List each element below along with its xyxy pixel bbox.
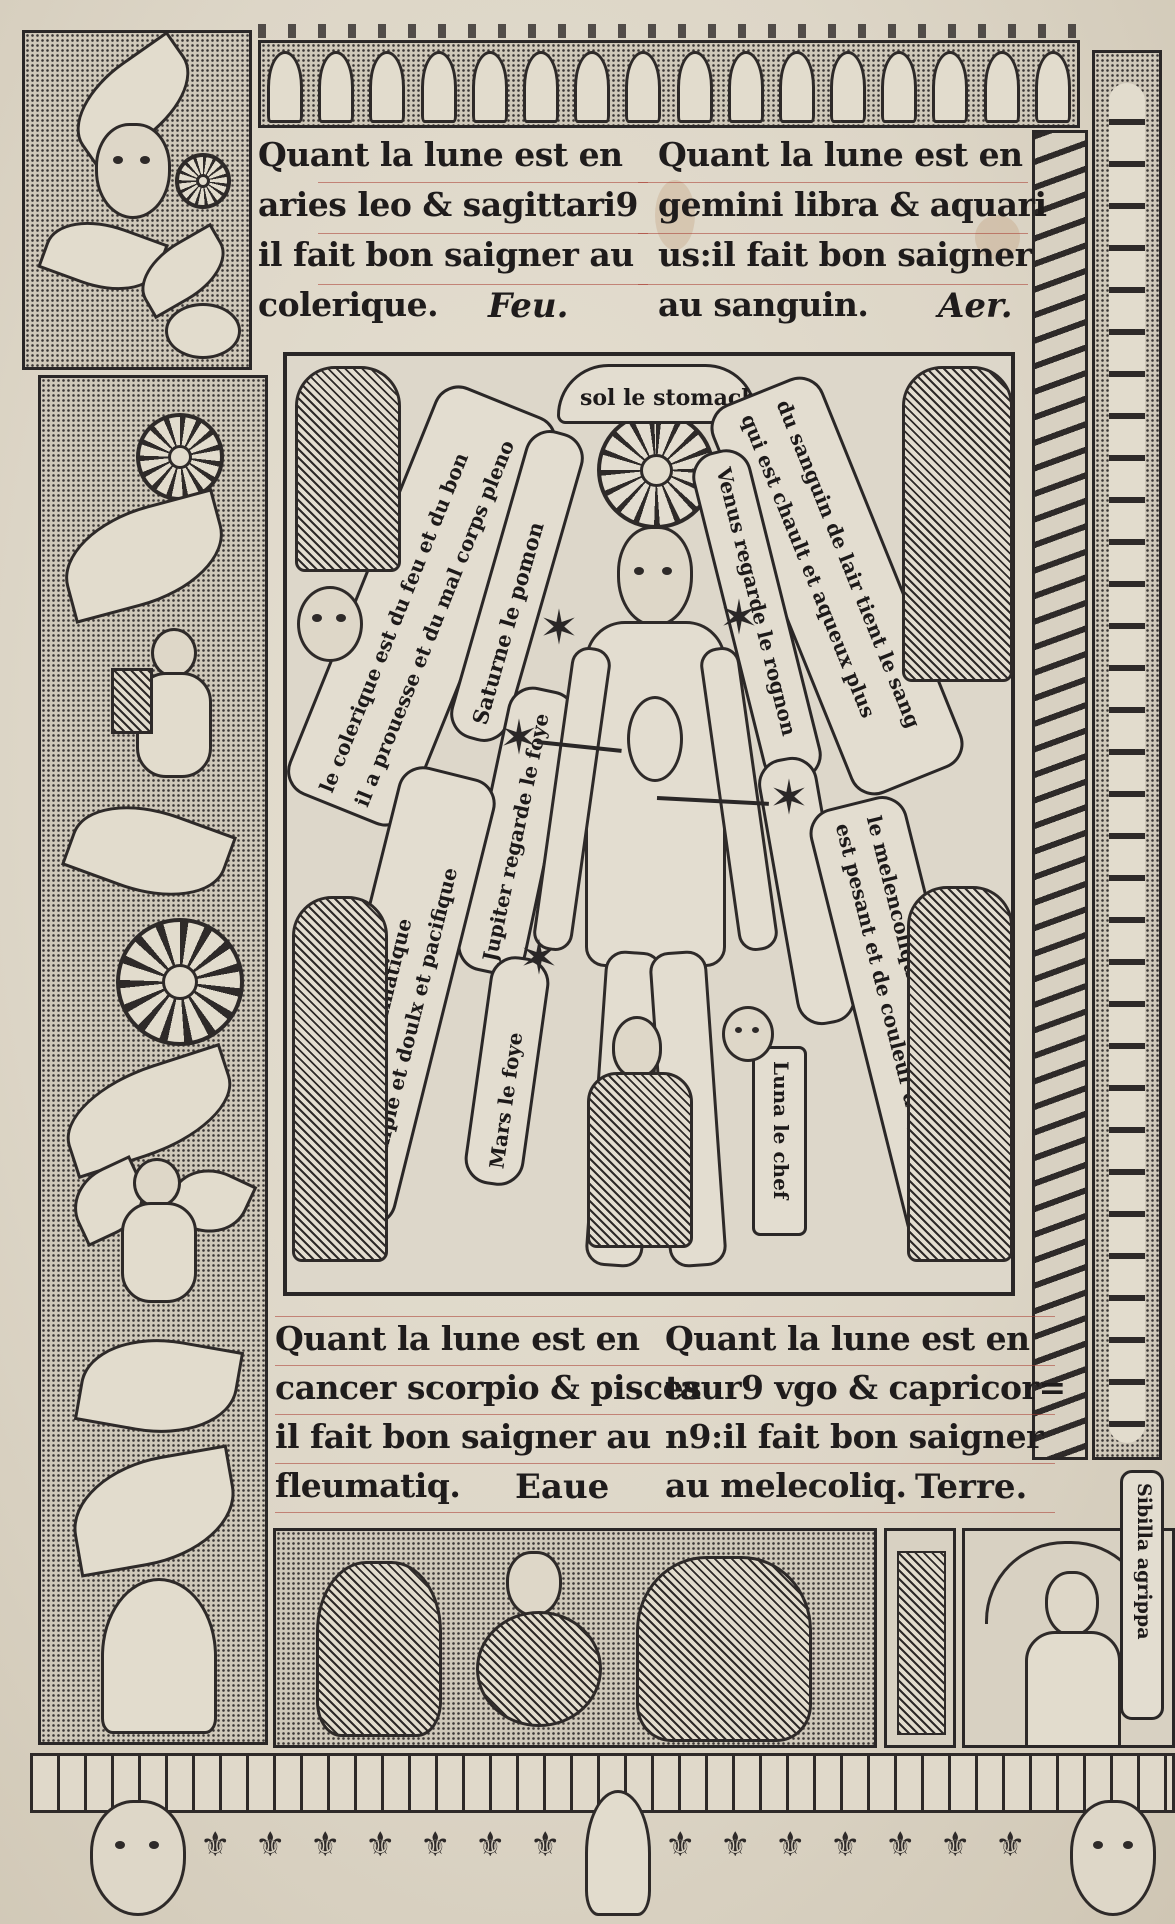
lion-head-icon [297,586,363,662]
corner-panel-grotesque [22,30,252,370]
right-bead-chain-border [1092,50,1162,1460]
fleur-de-lis-icon: ⚜ [885,1825,915,1865]
spiral-icon [165,303,241,359]
text-block-fire: Quant la lune est en aries leo & sagitta… [258,130,643,330]
mermaid-head-icon [506,1551,562,1617]
fleur-de-lis-icon: ⚜ [775,1825,805,1865]
text-line: taur9 vgo & capricor= [665,1371,1066,1404]
sibyl-figure [1025,1631,1121,1748]
fleur-de-lis-icon: ⚜ [310,1825,340,1865]
element-label-earth: Terre. [915,1467,1027,1507]
text-line: gemini libra & aquari [658,188,1046,221]
text-block-air: Quant la lune est en gemini libra & aqua… [658,130,1038,330]
sibyl-scroll: Sibilla agrippa [1120,1470,1164,1720]
text-line: Quant la lune est en [665,1322,1030,1355]
fleur-de-lis-icon: ⚜ [940,1825,970,1865]
text-line: colerique. [258,288,438,321]
bead-chain-icon [1109,83,1145,1443]
moon-face-icon [722,1006,774,1062]
fleuron-icon [101,1578,217,1734]
head-icon [617,526,693,627]
element-label-fire: Feu. [488,286,568,326]
star-icon: ✶ [767,776,811,820]
melancholic-monk-figure [907,886,1013,1262]
fleur-de-lis-icon: ⚜ [365,1825,395,1865]
cresting-ornament [258,24,1080,38]
choleric-warrior-figure [295,366,401,572]
star-icon: ✶ [517,936,561,980]
text-line: fleumatiq. [275,1469,460,1502]
pendant-fleuron-icon [585,1790,651,1916]
text-block-water: Quant la lune est en cancer scorpio & pi… [275,1310,655,1510]
wild-man-figure [316,1561,442,1737]
fleur-de-lis-icon: ⚜ [665,1825,695,1865]
large-rosette-icon [116,918,244,1046]
element-label-water: Eaue [515,1467,609,1507]
text-line: au sanguin. [658,288,868,321]
fleur-de-lis-icon: ⚜ [475,1825,505,1865]
text-line: Quant la lune est en [658,138,1023,171]
zodiac-man-woodcut: sol le stomach le colerique est du feu e… [283,352,1015,1296]
fleur-de-lis-icon: ⚜ [530,1825,560,1865]
small-drapery-panel [884,1528,956,1748]
fleur-de-lis-icon: ⚜ [830,1825,860,1865]
grotesque-head-icon [95,123,171,219]
fleur-de-lis-icon: ⚜ [255,1825,285,1865]
sibyl-head-icon [1045,1571,1099,1637]
fool-figure [577,1016,697,1246]
text-line: Quant la lune est en [275,1322,640,1355]
twisted-column [1032,130,1088,1460]
phlegmatic-figure [292,896,388,1262]
acanthus-leaf-icon [74,1325,244,1447]
organs-icon [627,696,683,782]
acanthus-leaf-icon [61,784,237,918]
winged-putto-with-lute [71,1158,241,1308]
putto-with-panpipes [111,628,221,778]
star-icon: ✶ [717,596,761,640]
fleur-de-lis-icon: ⚜ [995,1825,1025,1865]
fleur-de-lis-icon: ⚜ [200,1825,230,1865]
element-label-air: Aer. [938,286,1013,326]
left-acanthus-border [38,375,268,1745]
sanguine-youth-figure [902,366,1013,682]
text-line: Quant la lune est en [258,138,623,171]
book-page: Quant la lune est en aries leo & sagitta… [0,0,1175,1924]
text-line: n9:il fait bon saigner [665,1420,1043,1453]
text-block-earth: Quant la lune est en taur9 vgo & caprico… [665,1310,1045,1510]
text-line: us:il fait bon saigner [658,238,1032,271]
scroll-mars: Mars le foye [461,953,552,1189]
scroll-luna: Luna le chef [752,1046,807,1236]
text-line: aries leo & sagittari9 [258,188,638,221]
grotesque-mask-icon [1070,1800,1156,1916]
acanthus-leaf-icon [63,1444,245,1577]
fleur-de-lis-icon: ⚜ [420,1825,450,1865]
mermaid-tail [476,1611,602,1727]
acanthus-leaf-icon [51,488,236,624]
fleur-de-lis-icon: ⚜ [720,1825,750,1865]
star-icon: ✶ [537,606,581,650]
star-icon: ✶ [497,716,541,760]
text-line: cancer scorpio & pisces [275,1371,701,1404]
rosette-icon [175,153,231,209]
text-line: au melecoliq. [665,1469,907,1502]
text-line: il fait bon saigner au [275,1420,651,1453]
text-line: il fait bon saigner au [258,238,634,271]
wild-man-figure [636,1556,812,1742]
grotesque-mask-icon [90,1800,186,1916]
bottom-frieze-wild-men [273,1528,877,1748]
top-frieze [258,40,1080,128]
